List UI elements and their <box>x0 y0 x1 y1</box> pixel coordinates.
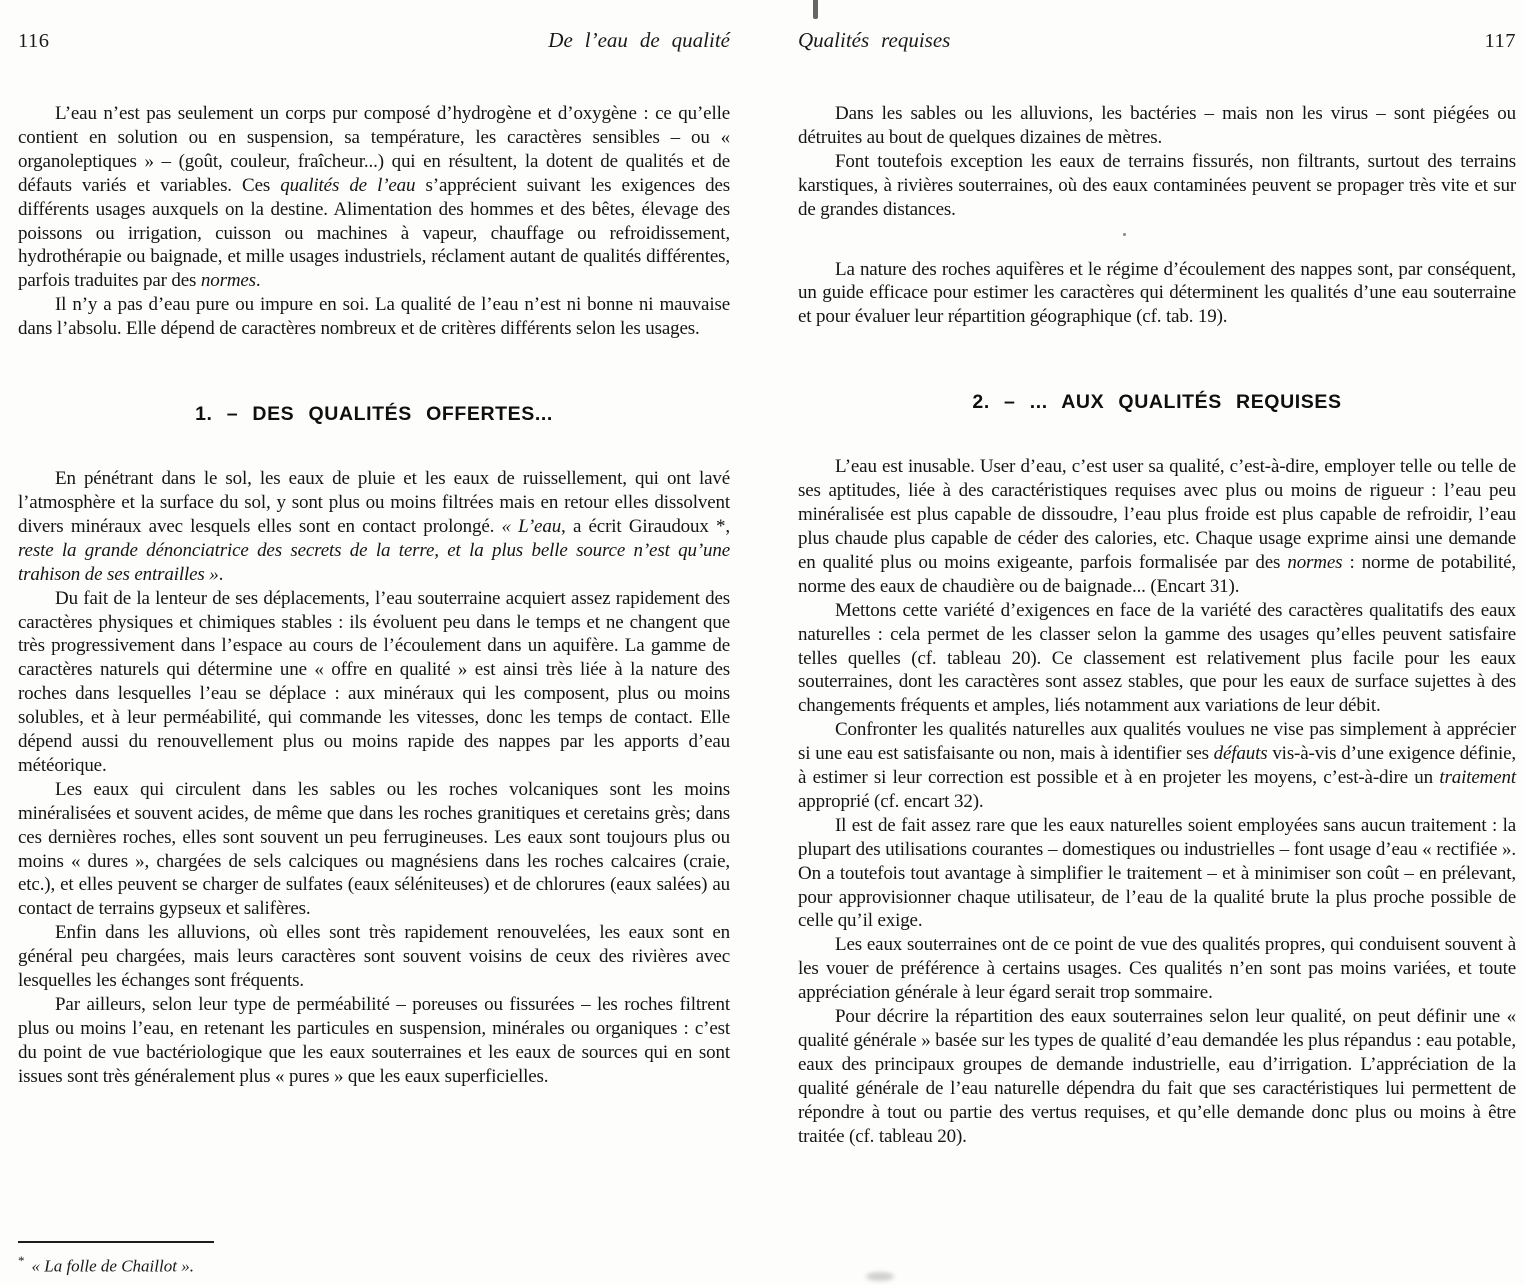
page-body-left: L’eau n’est pas seulement un corps pur c… <box>18 102 730 1089</box>
paragraph: Pour décrire la répartition des eaux sou… <box>798 1005 1516 1148</box>
scan-artifact-dot <box>1123 233 1126 236</box>
paragraph: En pénétrant dans le sol, les eaux de pl… <box>18 467 730 587</box>
paragraph: La nature des roches aquifères et le rég… <box>798 258 1516 330</box>
running-head-left: 116 De l’eau de qualité <box>18 28 730 102</box>
paragraph: L’eau n’est pas seulement un corps pur c… <box>18 102 730 293</box>
paragraph: Les eaux qui circulent dans les sables o… <box>18 778 730 921</box>
page-number-right: 117 <box>1485 30 1517 53</box>
footnote-marker: * <box>18 1253 25 1268</box>
book-spread: 116 De l’eau de qualité L’eau n’est pas … <box>0 0 1524 1285</box>
footnote: *« La folle de Chaillot ». <box>18 1241 214 1277</box>
section-heading: 1. – DES QUALITÉS OFFERTES... <box>18 401 730 427</box>
section-heading: 2. – ... AUX QUALITÉS REQUISES <box>798 389 1516 415</box>
page-number-left: 116 <box>18 30 50 53</box>
running-head-right: Qualités requises 117 <box>798 28 1516 102</box>
footnote-rule <box>18 1241 214 1243</box>
paragraph: Confronter les qualités naturelles aux q… <box>798 718 1516 814</box>
scan-artifact-tick <box>813 0 818 19</box>
paragraph: Il est de fait assez rare que les eaux n… <box>798 814 1516 934</box>
page-left: 116 De l’eau de qualité L’eau n’est pas … <box>0 0 762 1285</box>
paragraph: L’eau est inusable. User d’eau, c’est us… <box>798 455 1516 598</box>
scan-artifact-smudge <box>866 1272 894 1281</box>
page-right: Qualités requises 117 Dans les sables ou… <box>762 0 1524 1285</box>
running-title-right: Qualités requises <box>798 28 950 53</box>
paragraph: Par ailleurs, selon leur type de perméab… <box>18 993 730 1089</box>
paragraph: Enfin dans les alluvions, où elles sont … <box>18 921 730 993</box>
paragraph: Font toutefois exception les eaux de ter… <box>798 150 1516 222</box>
paragraph: Dans les sables ou les alluvions, les ba… <box>798 102 1516 150</box>
paragraph: Les eaux souterraines ont de ce point de… <box>798 933 1516 1005</box>
page-body-right: Dans les sables ou les alluvions, les ba… <box>798 102 1516 1149</box>
paragraph: Il n’y a pas d’eau pure ou impure en soi… <box>18 293 730 341</box>
paragraph: Mettons cette variété d’exigences en fac… <box>798 599 1516 719</box>
paragraph: Du fait de la lenteur de ses déplacement… <box>18 587 730 778</box>
footnote-text: « La folle de Chaillot ». <box>32 1257 194 1276</box>
running-title-left: De l’eau de qualité <box>548 28 730 53</box>
